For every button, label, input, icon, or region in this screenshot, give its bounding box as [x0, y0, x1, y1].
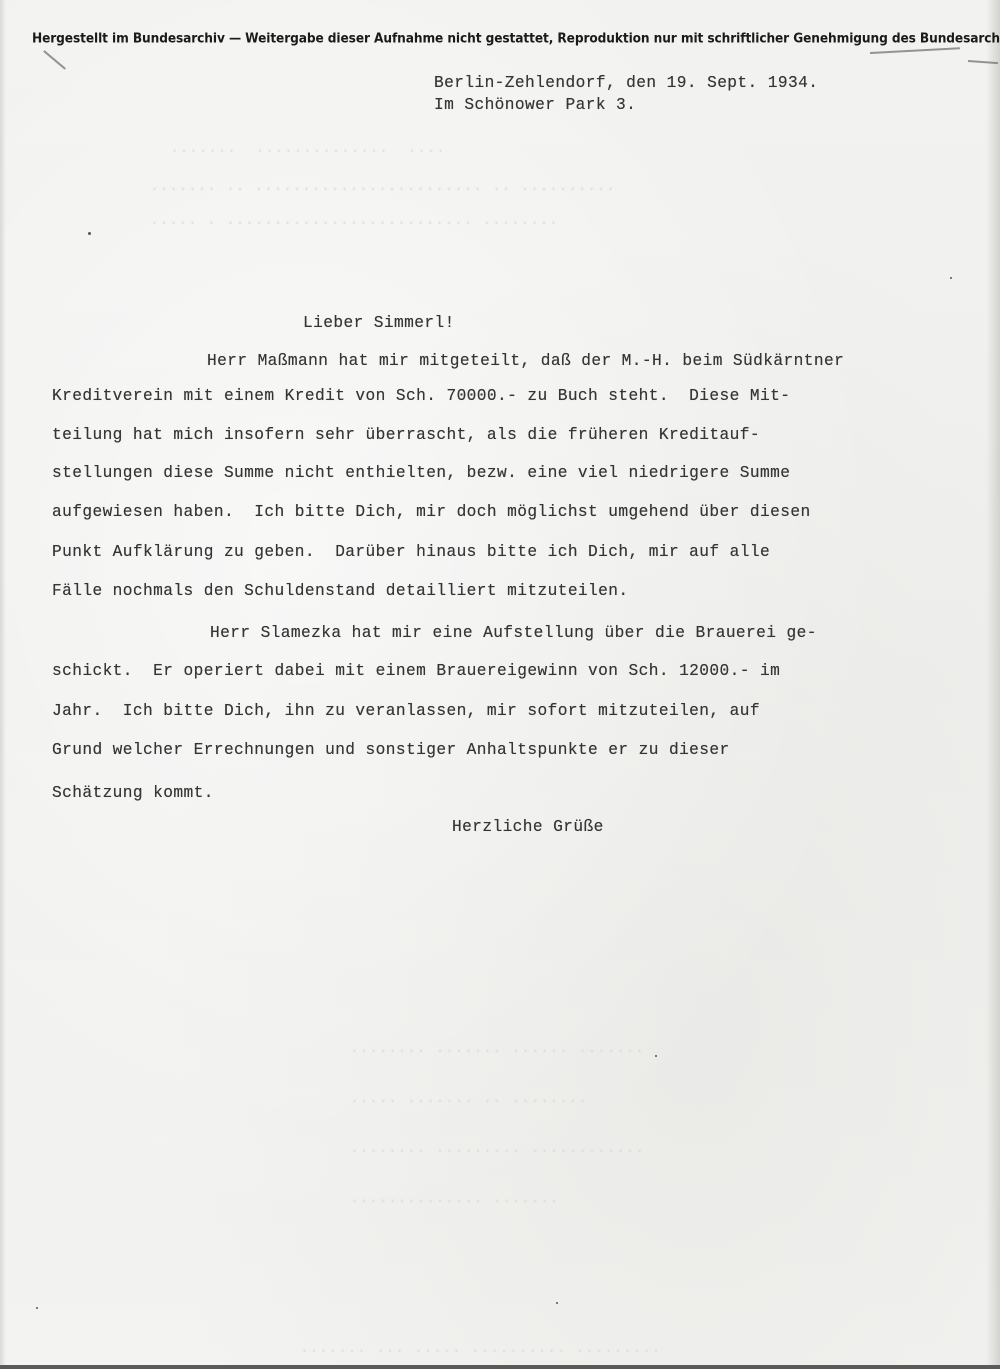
show-through-text: ....... ... ..... .......... .........: [300, 1340, 661, 1357]
text-line: aufgewiesen haben. Ich bitte Dich, mir d…: [52, 503, 811, 521]
show-through-text: ........ ....... ...... .......: [350, 1040, 645, 1057]
show-through-text: ....... .. ........................ .. .…: [150, 178, 616, 195]
document-page: [0, 0, 1000, 1369]
text-line: Grund welcher Errechnungen und sonstiger…: [52, 741, 730, 759]
ink-speck: [655, 1055, 657, 1057]
text-line: Kreditverein mit einem Kredit von Sch. 7…: [52, 387, 790, 405]
page-edge-left: [0, 0, 6, 1369]
text-line: Punkt Aufklärung zu geben. Darüber hinau…: [52, 543, 770, 561]
text-line: Herr Slamezka hat mir eine Aufstellung ü…: [210, 624, 817, 642]
show-through-text: ..... ....... .. ........: [350, 1090, 588, 1107]
ink-speck: [88, 232, 91, 235]
text-line: Jahr. Ich bitte Dich, ihn zu veranlassen…: [52, 702, 760, 720]
show-through-text: ........ ......... ............: [350, 1140, 645, 1157]
salutation: Lieber Simmerl!: [303, 314, 455, 332]
text-line: Fälle nochmals den Schuldenstand detaill…: [52, 582, 629, 600]
text-line: teilung hat mich insofern sehr überrasch…: [52, 426, 760, 444]
text-line: Herr Maßmann hat mir mitgeteilt, daß der…: [207, 352, 844, 370]
page-edge-right: [986, 0, 1000, 1369]
text-line: stellungen diese Summe nicht enthielten,…: [52, 464, 790, 482]
show-through-text: .............. .......: [350, 1190, 559, 1207]
show-through-text: ....... .............. ....: [170, 140, 446, 157]
archive-stamp: Hergestellt im Bundesarchiv — Weitergabe…: [32, 30, 992, 46]
address-line: Im Schönower Park 3.: [434, 96, 636, 114]
closing: Herzliche Grüße: [452, 818, 604, 836]
page-edge-bottom: [0, 1365, 1000, 1369]
show-through-text: ..... . .......................... .....…: [150, 212, 559, 229]
ink-speck: [556, 1302, 558, 1304]
place-date-line: Berlin-Zehlendorf, den 19. Sept. 1934.: [434, 74, 818, 92]
ink-speck: [36, 1307, 38, 1309]
text-line: schickt. Er operiert dabei mit einem Bra…: [52, 662, 780, 680]
text-line: Schätzung kommt.: [52, 784, 214, 802]
ink-speck: [950, 277, 952, 279]
